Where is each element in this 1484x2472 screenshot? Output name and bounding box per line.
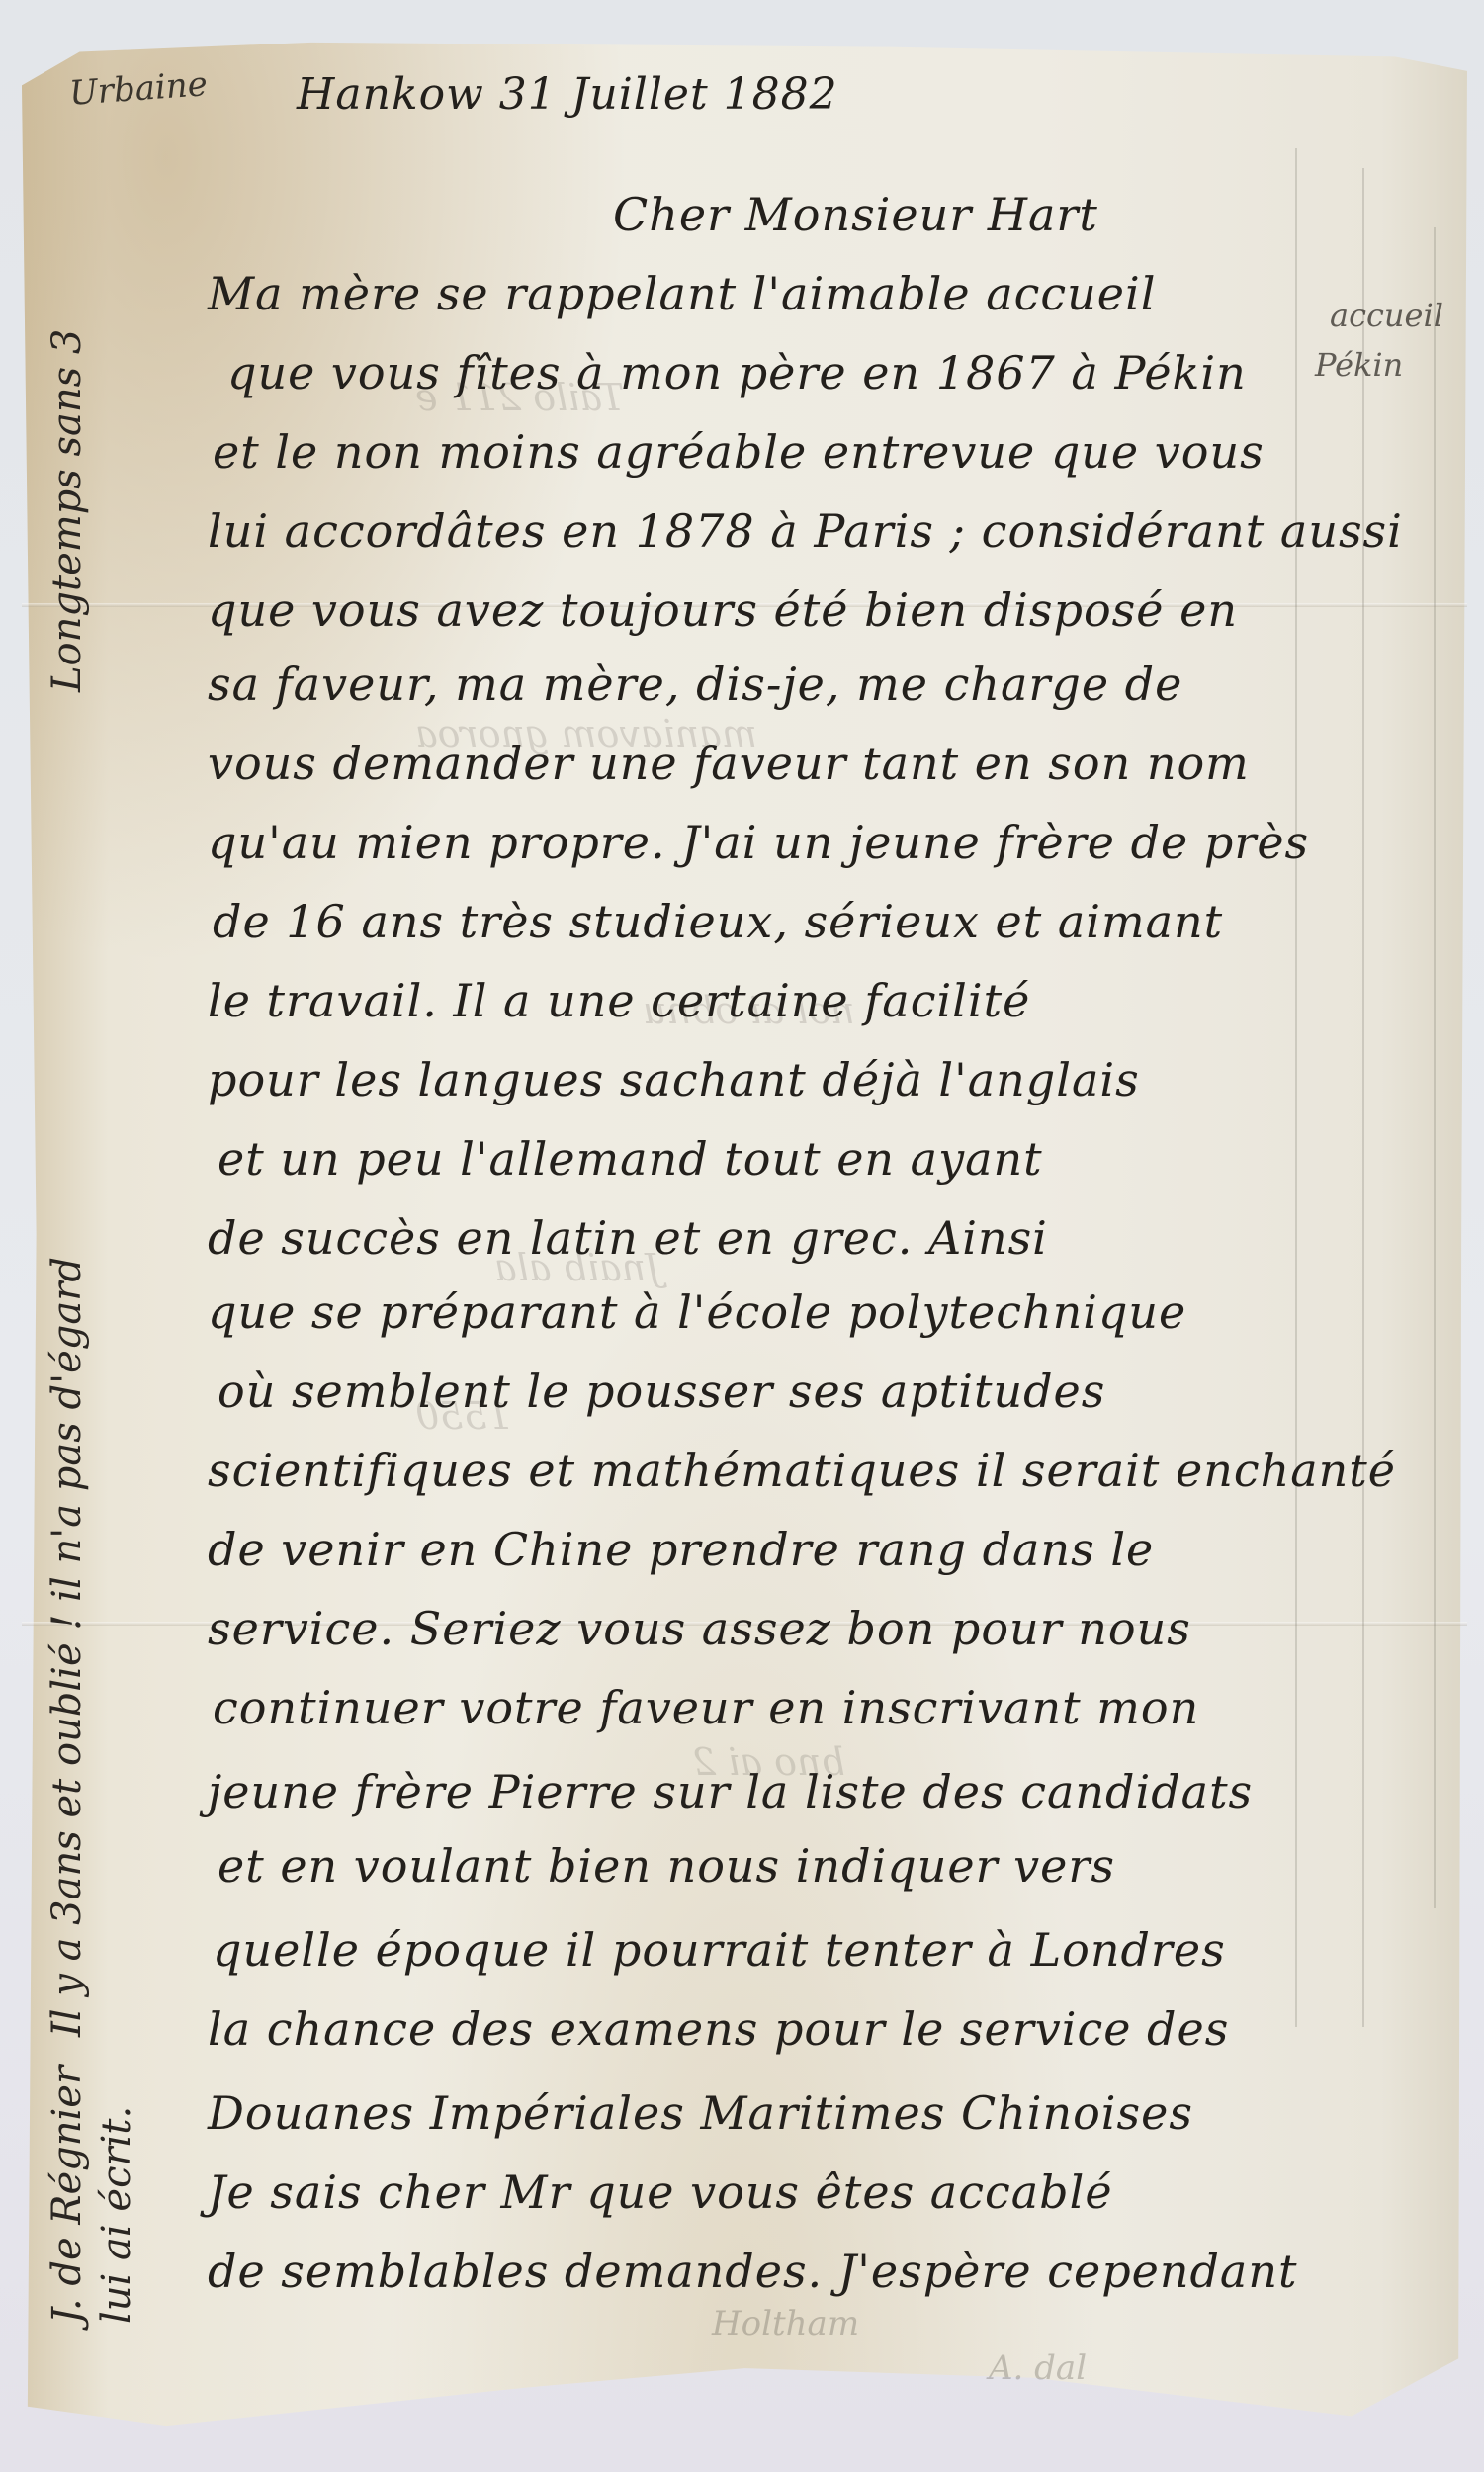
bleed-through-rule — [1362, 168, 1364, 2027]
letter-line: qu'au mien propre. J'ai un jeune frère d… — [208, 816, 1309, 869]
margin-note-vertical: Longtemps sans 3 — [44, 329, 90, 692]
letter-line: que vous fîtes à mon père en 1867 à Péki… — [227, 346, 1247, 399]
show-through-writing: Holtham — [712, 2304, 859, 2343]
letter-line: Douanes Impériales Maritimes Chinoises — [208, 2086, 1193, 2140]
show-through-writing: A. dal — [989, 2348, 1087, 2388]
margin-note-vertical: Il y a 3ans et oublié ! il n'a pas d'éga… — [44, 1257, 90, 2037]
letter-line: de venir en Chine prendre rang dans le — [208, 1523, 1154, 1576]
letter-line: où semblent le pousser ses aptitudes — [218, 1365, 1105, 1418]
letter-line: et le non moins agréable entrevue que vo… — [213, 425, 1265, 479]
letter-line: vous demander une faveur tant en son nom — [208, 737, 1250, 790]
letter-line: la chance des examens pour le service de… — [208, 2002, 1229, 2056]
right-edge-fragment: accueil — [1330, 297, 1443, 334]
letter-line: et un peu l'allemand tout en ayant — [218, 1132, 1043, 1186]
letter-line: pour les langues sachant déjà l'anglais — [208, 1053, 1140, 1106]
letter-salutation: Cher Monsieur Hart — [613, 188, 1098, 241]
letter-line: Je sais cher Mr que vous êtes accablé — [208, 2165, 1113, 2219]
letter-line: quelle époque il pourrait tenter à Londr… — [213, 1923, 1226, 1977]
letter-line: sa faveur, ma mère, dis-je, me charge de — [208, 658, 1182, 711]
right-edge-fragment: Pékin — [1315, 346, 1403, 384]
letter-place-date: Hankow 31 Juillet 1882 — [297, 69, 838, 120]
letter-line: de succès en latin et en grec. Ainsi — [208, 1211, 1048, 1265]
letter-line: que se préparant à l'école polytechnique — [208, 1285, 1186, 1339]
margin-note-vertical: J. de Régnier — [44, 2066, 90, 2324]
letter-line: scientifiques et mathématiques il serait… — [208, 1444, 1396, 1497]
letter-line: lui accordâtes en 1878 à Paris ; considé… — [208, 504, 1403, 558]
letter-line: continuer votre faveur en inscrivant mon — [213, 1681, 1199, 1734]
letter-line: le travail. Il a une certaine facilité — [208, 974, 1030, 1027]
letter-line: jeune frère Pierre sur la liste des cand… — [208, 1765, 1253, 1818]
letter-line: de 16 ans très studieux, sérieux et aima… — [213, 895, 1223, 948]
letter-line: service. Seriez vous assez bon pour nous — [208, 1602, 1191, 1655]
letter-line: et en voulant bien nous indiquer vers — [218, 1839, 1115, 1893]
letter-line: que vous avez toujours été bien disposé … — [208, 583, 1238, 637]
margin-note-vertical: lui ai écrit. — [94, 2106, 139, 2324]
letter-line: Ma mère se rappelant l'aimable accueil — [208, 267, 1156, 320]
bleed-through-rule — [1295, 148, 1297, 2027]
bleed-through-rule — [1434, 227, 1436, 1908]
letter-line: de semblables demandes. J'espère cependa… — [208, 2245, 1297, 2298]
